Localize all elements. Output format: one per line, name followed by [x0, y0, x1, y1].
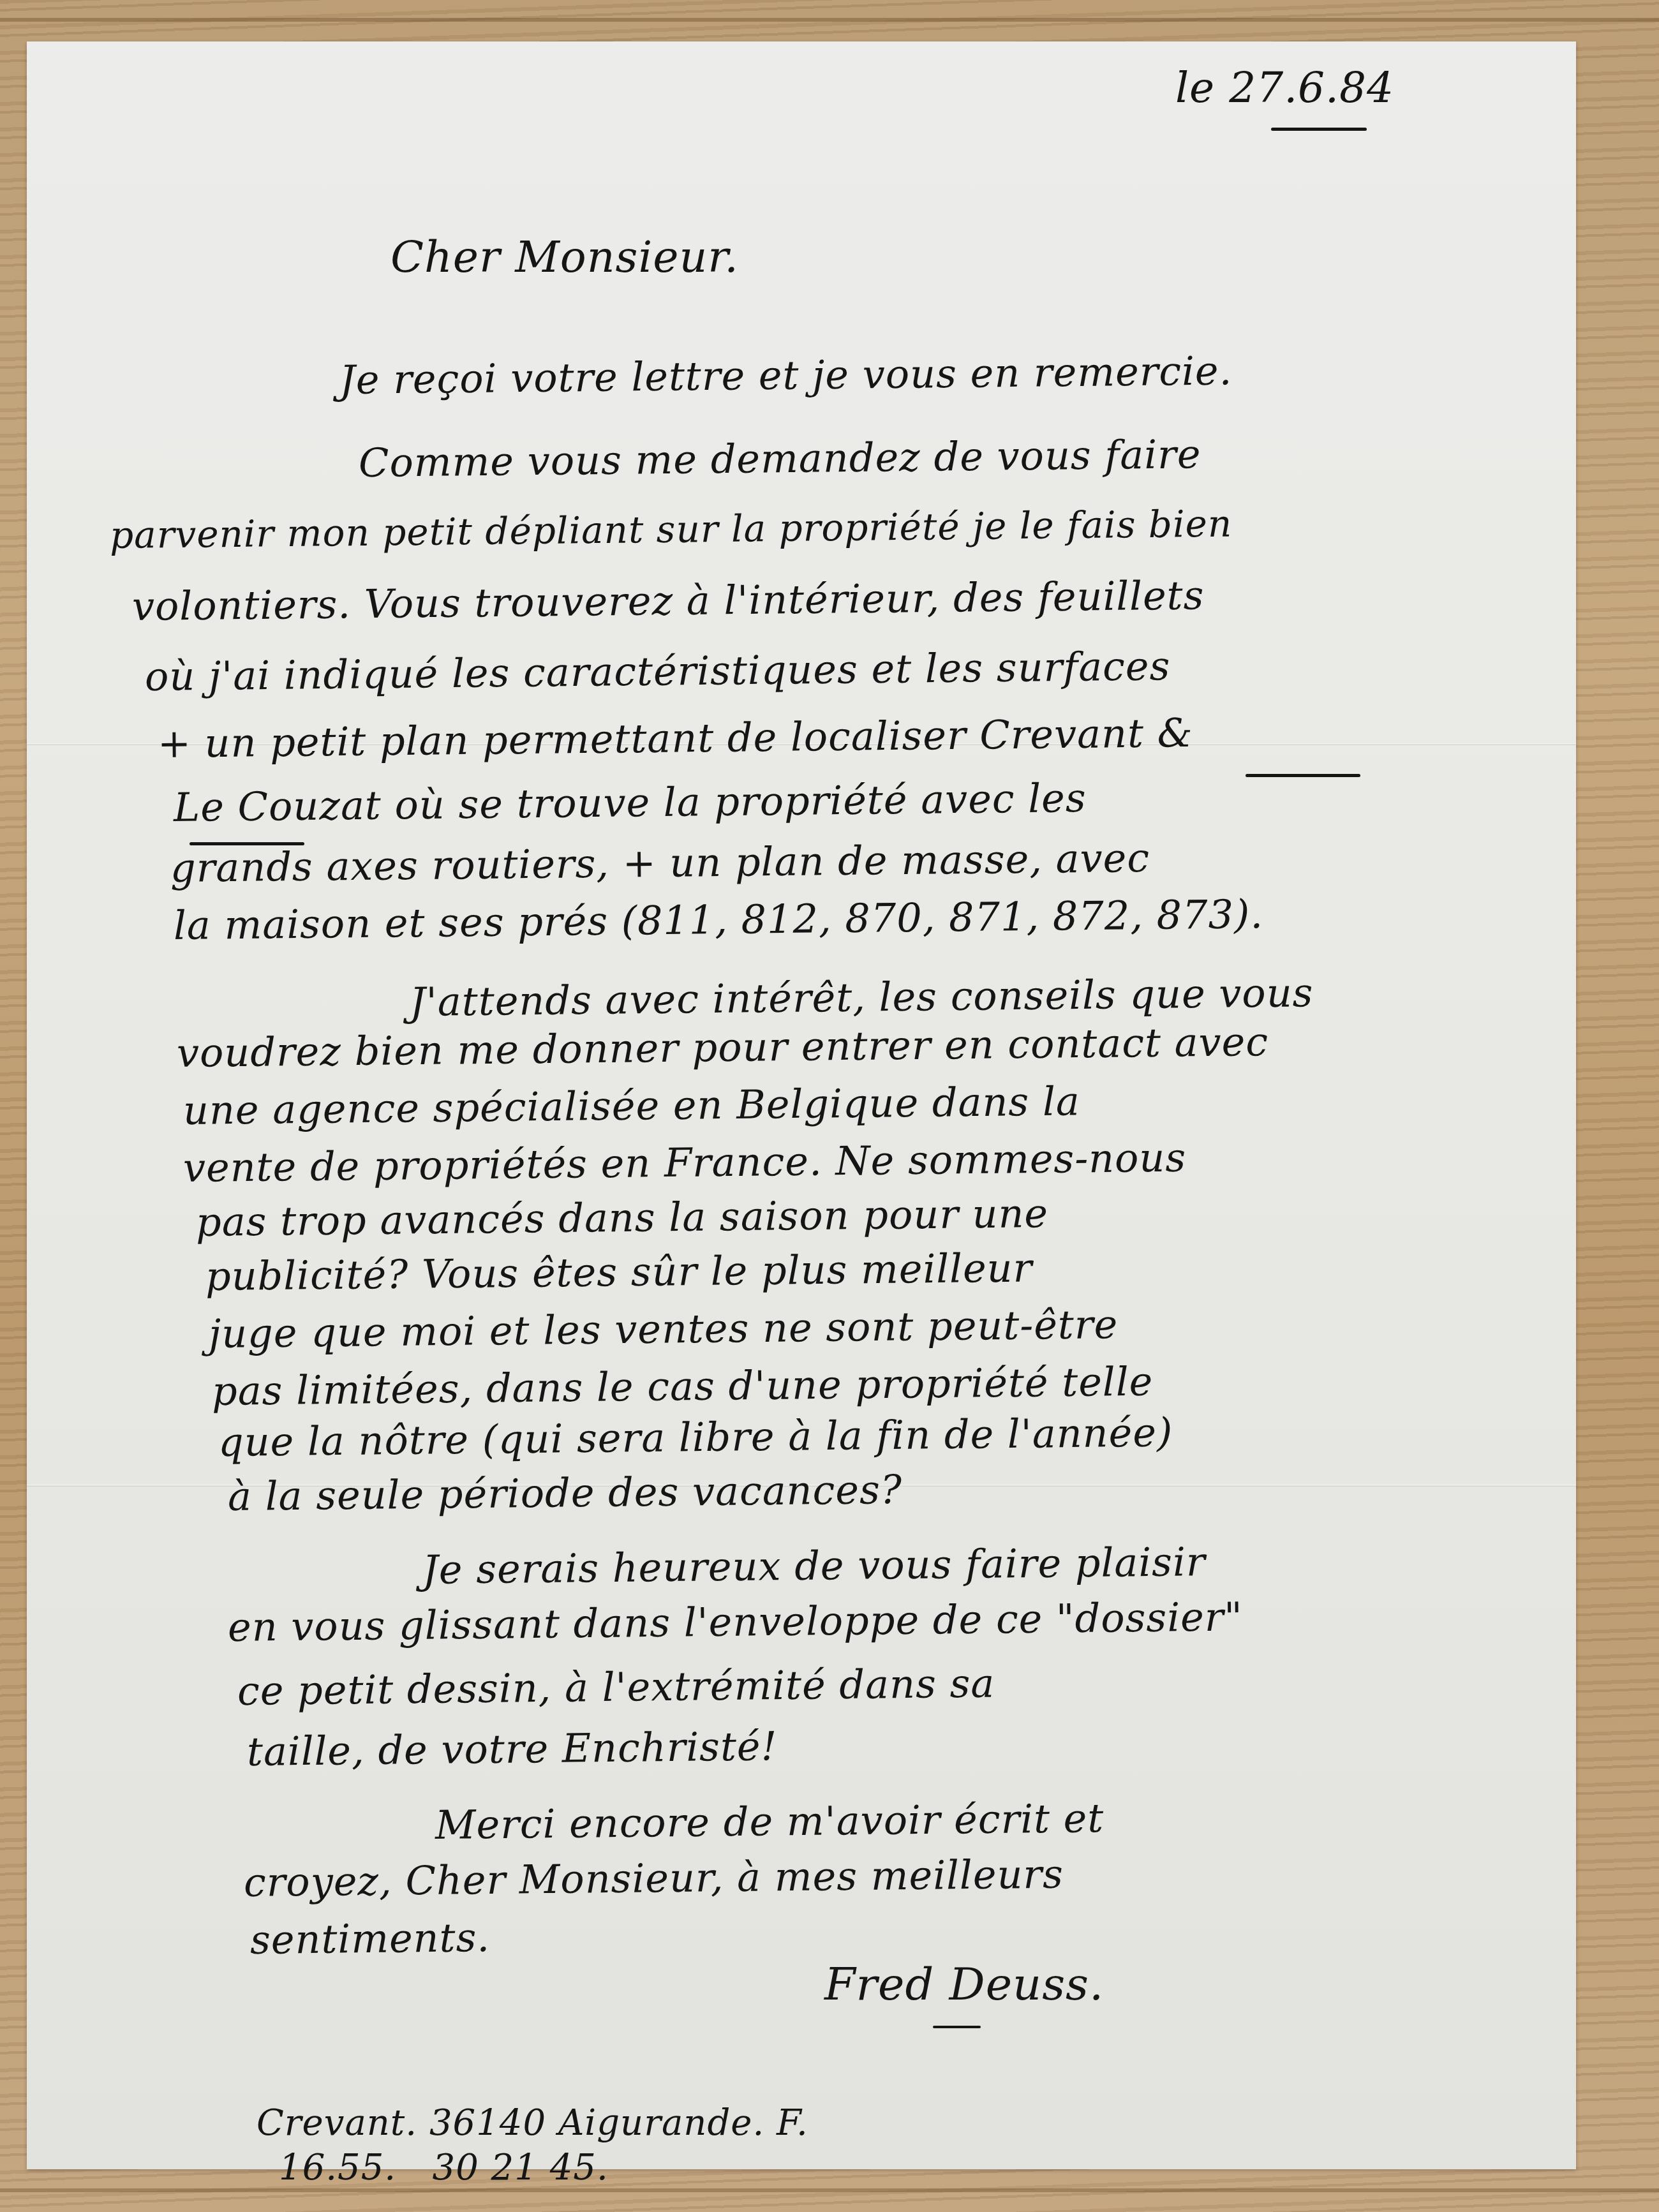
paragraph-2-line-2: parvenir mon petit dépliant sur la propr…	[110, 505, 1233, 554]
paragraph-3-line-2: voudrez bien me donner pour entrer en co…	[177, 1022, 1269, 1073]
paragraph-2-line-8: la maison et ses prés (811, 812, 870, 87…	[174, 894, 1264, 946]
letter-date: le 27.6.84	[1175, 67, 1394, 109]
sender-address: Crevant. 36140 Aigurande. F.	[257, 2105, 808, 2141]
table-plank-seam	[0, 18, 1659, 22]
signature-underline	[933, 2026, 981, 2028]
paragraph-4-line-3: ce petit dessin, à l'extrémité dans sa	[237, 1664, 995, 1711]
paragraph-3-line-9: que la nôtre (qui sera libre à la fin de…	[218, 1413, 1173, 1462]
paragraph-3-line-1: J'attends avec intérêt, les conseils que…	[410, 973, 1314, 1022]
paragraph-2-line-3: volontiers. Vous trouverez à l'intérieur…	[132, 575, 1205, 627]
letter-sheet: le 27.6.84 Cher Monsieur. Je reçoi votre…	[27, 41, 1576, 2169]
closing-line-2: croyez, Cher Monsieur, à mes meilleurs	[244, 1855, 1064, 1903]
paragraph-3-line-8: pas limitées, dans le cas d'une propriét…	[212, 1362, 1154, 1411]
paragraph-4-line-2: en vous glissant dans l'enveloppe de ce …	[228, 1597, 1244, 1647]
paragraph-2-line-4: où j'ai indiqué les caractéristiques et …	[145, 646, 1171, 697]
paragraph-3-line-7: juge que moi et les ventes ne sont peut-…	[209, 1305, 1119, 1354]
paragraph-3-line-5: pas trop avancés dans la saison pour une	[196, 1194, 1049, 1242]
table-plank-seam	[0, 2188, 1659, 2192]
paragraph-2-line-1: Comme vous me demandez de vous faire	[359, 434, 1201, 483]
paragraph-3-line-6: publicité? Vous êtes sûr le plus meilleu…	[205, 1248, 1033, 1296]
paragraph-1-line-1: Je reçoi votre lettre et je vous en reme…	[339, 351, 1233, 400]
sender-phone: 16.55. 30 21 45.	[279, 2150, 609, 2186]
closing-line-1: Merci encore de m'avoir écrit et	[435, 1799, 1105, 1845]
paragraph-3-line-4: vente de propriétés en France. Ne sommes…	[183, 1138, 1187, 1188]
date-underline	[1271, 128, 1367, 131]
closing-line-3: sentiments.	[250, 1918, 491, 1960]
signature: Fred Deuss.	[824, 1962, 1104, 2007]
paragraph-3-line-10: à la seule période des vacances?	[228, 1470, 903, 1517]
paragraph-2-line-5: + un petit plan permettant de localiser …	[158, 713, 1193, 764]
paragraph-2-line-7: grands axes routiers, + un plan de masse…	[170, 838, 1150, 888]
paragraph-3-line-3: une agence spécialisée en Belgique dans …	[183, 1081, 1080, 1131]
crevant-underline	[1246, 774, 1360, 777]
paragraph-4-line-4: taille, de votre Enchristé!	[247, 1726, 778, 1772]
paragraph-4-line-1: Je serais heureux de vous faire plaisir	[422, 1542, 1206, 1590]
paragraph-2-line-6: Le Couzat où se trouve la propriété avec…	[174, 778, 1087, 828]
salutation: Cher Monsieur.	[391, 236, 739, 279]
